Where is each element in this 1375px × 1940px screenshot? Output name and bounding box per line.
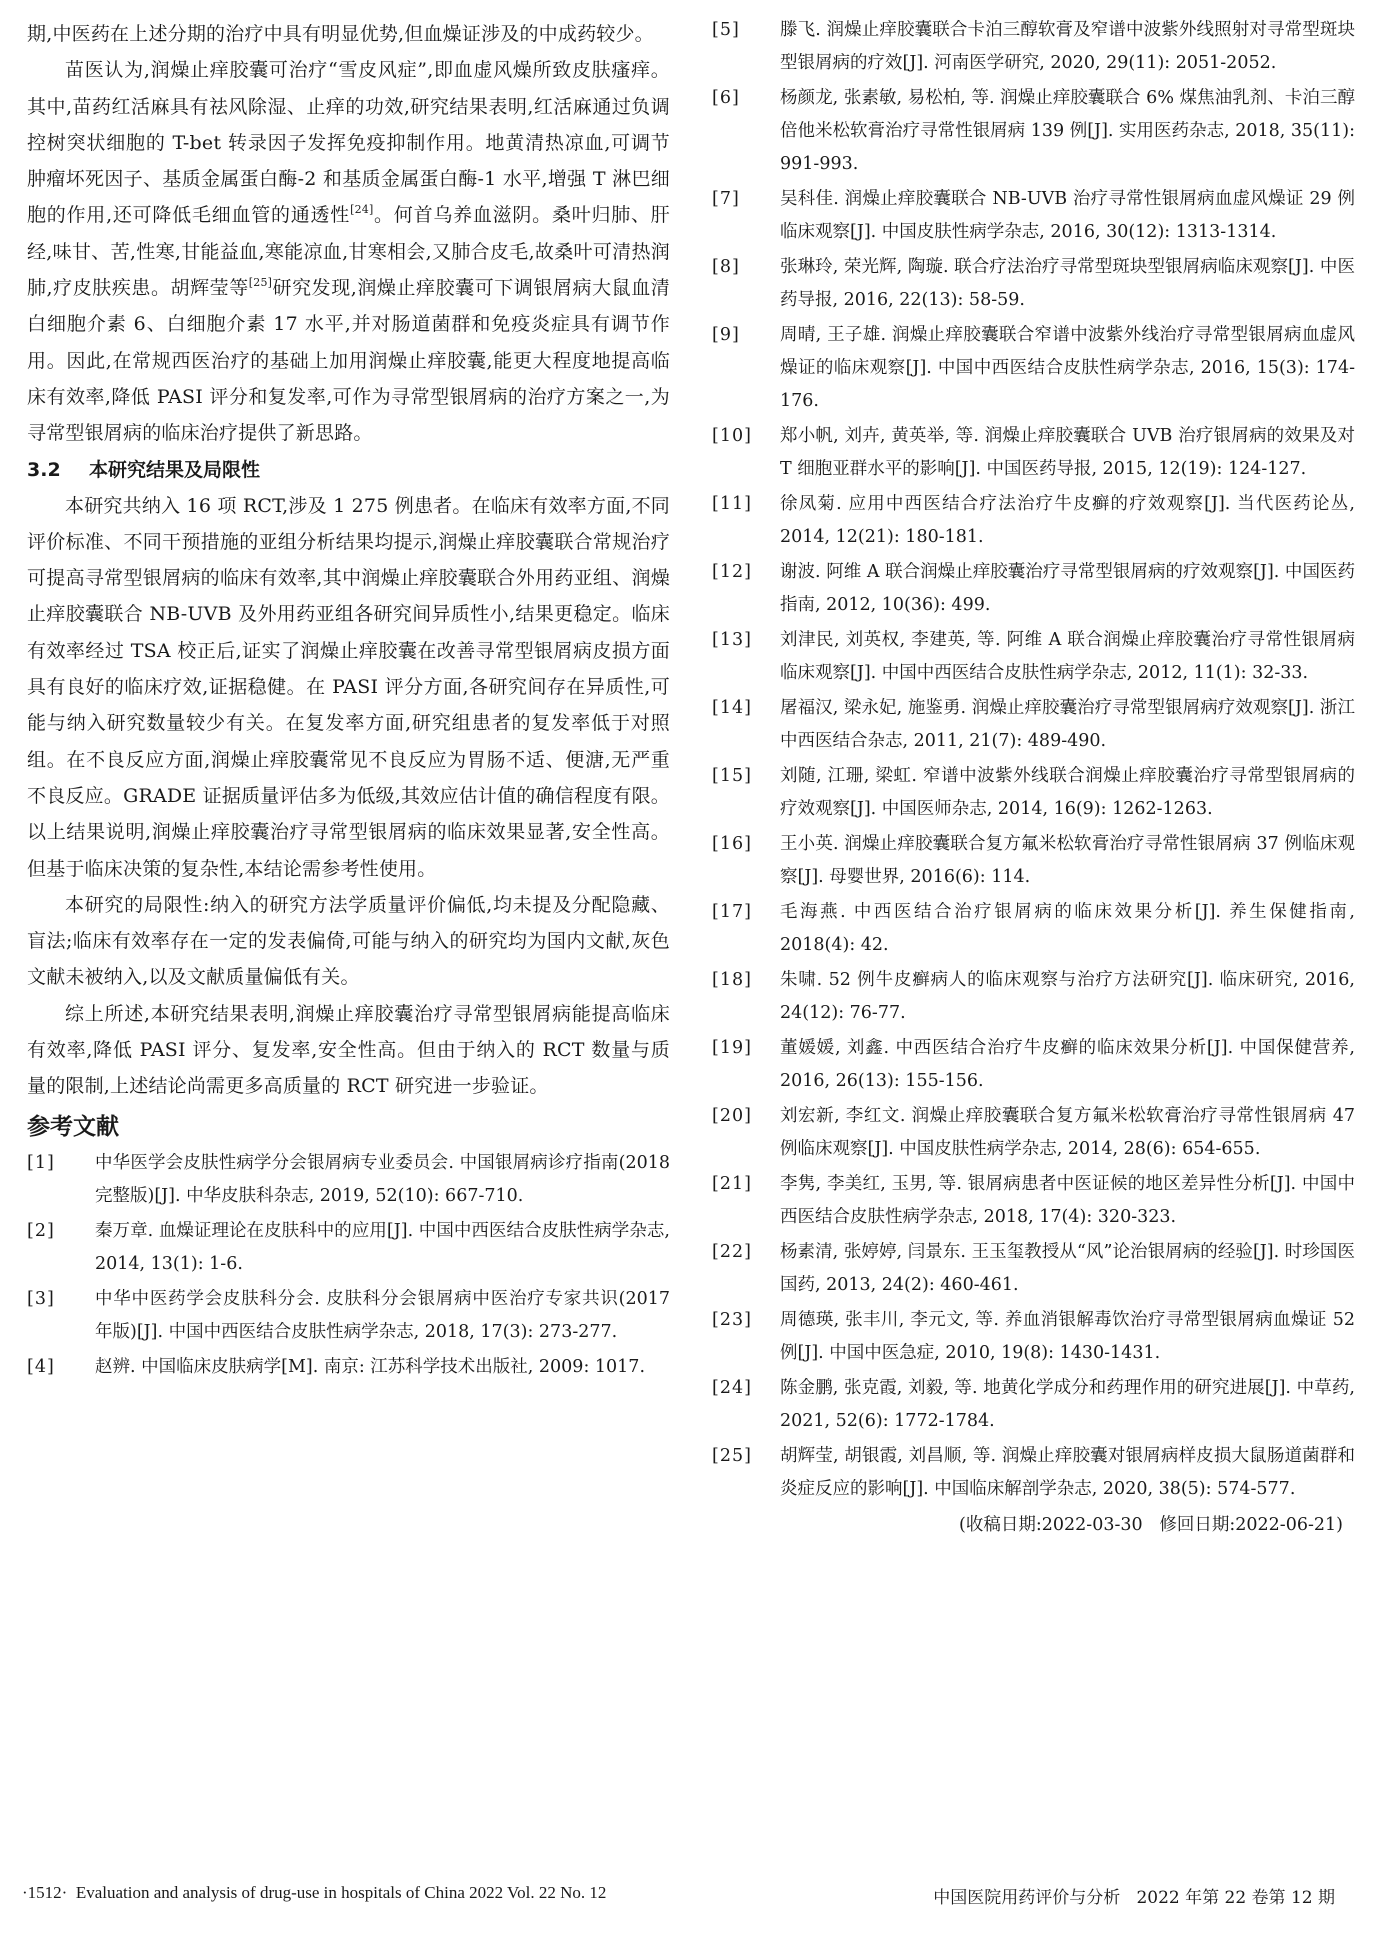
reference-item-18: [18]朱啸. 52 例牛皮癣病人的临床观察与治疗方法研究[J]. 临床研究, … — [712, 964, 1355, 1030]
reference-item-9: [9]周晴, 王子雄. 润燥止痒胶囊联合窄谱中波紫外线治疗寻常型银屑病血虚风燥证… — [712, 319, 1355, 418]
reference-item-12: [12]谢波. 阿维 A 联合润燥止痒胶囊治疗寻常型银屑病的疗效观察[J]. 中… — [712, 556, 1355, 622]
reference-item-11: [11]徐凤菊. 应用中西医结合疗法治疗牛皮癣的疗效观察[J]. 当代医药论丛,… — [712, 488, 1355, 554]
reference-item-20: [20]刘宏新, 李红文. 润燥止痒胶囊联合复方氟米松软膏治疗寻常性银屑病 47… — [712, 1100, 1355, 1166]
section-title: 本研究结果及局限性 — [89, 459, 260, 481]
reference-item-4: [4]赵辨. 中国临床皮肤病学[M]. 南京: 江苏科学技术出版社, 2009:… — [27, 1351, 670, 1384]
reference-item-15: [15]刘随, 江珊, 梁虹. 窄谱中波紫外线联合润燥止痒胶囊治疗寻常型银屑病的… — [712, 760, 1355, 826]
body-paragraph-results: 本研究共纳入 16 项 RCT,涉及 1 275 例患者。在临床有效率方面,不同… — [27, 488, 670, 887]
body-paragraph-limitations: 本研究的局限性:纳入的研究方法学质量评价偏低,均未提及分配隐藏、盲法;临床有效率… — [27, 887, 670, 996]
reference-item-17: [17]毛海燕. 中西医结合治疗银屑病的临床效果分析[J]. 养生保健指南, 2… — [712, 896, 1355, 962]
reference-item-16: [16]王小英. 润燥止痒胶囊联合复方氟米松软膏治疗寻常性银屑病 37 例临床观… — [712, 828, 1355, 894]
footer-page-info-english: ·1512· Evaluation and analysis of drug-u… — [22, 1883, 606, 1903]
reference-item-8: [8]张琳玲, 荣光辉, 陶璇. 联合疗法治疗寻常型斑块型银屑病临床观察[J].… — [712, 251, 1355, 317]
body-paragraph-miao-medicine: 苗医认为,润燥止痒胶囊可治疗“雪皮风症”,即血虚风燥所致皮肤瘙痒。其中,苗药红活… — [27, 52, 670, 451]
reference-item-25: [25]胡辉莹, 胡银霞, 刘昌顺, 等. 润燥止痒胶囊对银屑病样皮损大鼠肠道菌… — [712, 1440, 1355, 1506]
reference-item-19: [19]董媛媛, 刘鑫. 中西医结合治疗牛皮癣的临床效果分析[J]. 中国保健营… — [712, 1032, 1355, 1098]
reference-item-6: [6]杨颜龙, 张素敏, 易松柏, 等. 润燥止痒胶囊联合 6% 煤焦油乳剂、卡… — [712, 82, 1355, 181]
right-column: [5]滕飞. 润燥止痒胶囊联合卡泊三醇软膏及窄谱中波紫外线照射对寻常型斑块型银屑… — [712, 14, 1355, 1542]
reference-item-7: [7]吴科佳. 润燥止痒胶囊联合 NB-UVB 治疗寻常性银屑病血虚风燥证 29… — [712, 183, 1355, 249]
left-column: 期,中医药在上述分期的治疗中具有明显优势,但血燥证涉及的中成药较少。 苗医认为,… — [27, 16, 670, 1386]
references-heading: 参考文献 — [27, 1107, 670, 1147]
citation-25[interactable]: [25] — [249, 276, 272, 289]
reference-item-2: [2]秦万章. 血燥证理论在皮肤科中的应用[J]. 中国中西医结合皮肤性病学杂志… — [27, 1215, 670, 1281]
reference-item-1: [1]中华医学会皮肤性病学分会银屑病专业委员会. 中国银屑病诊疗指南(2018 … — [27, 1147, 670, 1213]
body-paragraph-conclusion: 综上所述,本研究结果表明,润燥止痒胶囊治疗寻常型银屑病能提高临床有效率,降低 P… — [27, 996, 670, 1105]
reference-item-14: [14]屠福汉, 梁永妃, 施鉴勇. 润燥止痒胶囊治疗寻常型银屑病疗效观察[J]… — [712, 692, 1355, 758]
revised-date: 修回日期:2022-06-21) — [1159, 1515, 1343, 1535]
reference-item-5: [5]滕飞. 润燥止痒胶囊联合卡泊三醇软膏及窄谱中波紫外线照射对寻常型斑块型银屑… — [712, 14, 1355, 80]
citation-24[interactable]: [24] — [350, 203, 373, 216]
reference-item-3: [3]中华中医药学会皮肤科分会. 皮肤科分会银屑病中医治疗专家共识(2017 年… — [27, 1283, 670, 1349]
footer-journal-info-chinese: 中国医院用药评价与分析 2022 年第 22 卷第 12 期 — [933, 1883, 1335, 1908]
reference-item-24: [24]陈金鹏, 张克霞, 刘毅, 等. 地黄化学成分和药理作用的研究进展[J]… — [712, 1372, 1355, 1438]
manuscript-dates: (收稿日期:2022-03-30 修回日期:2022-06-21) — [712, 1508, 1355, 1542]
reference-item-22: [22]杨素清, 张婷婷, 闫景东. 王玉玺教授从“风”论治银屑病的经验[J].… — [712, 1236, 1355, 1302]
section-number: 3.2 — [27, 452, 89, 488]
body-paragraph-continued: 期,中医药在上述分期的治疗中具有明显优势,但血燥证涉及的中成药较少。 — [27, 16, 670, 52]
reference-item-10: [10]郑小帆, 刘卉, 黄英举, 等. 润燥止痒胶囊联合 UVB 治疗银屑病的… — [712, 420, 1355, 486]
reference-item-21: [21]李隽, 李美红, 玉男, 等. 银屑病患者中医证候的地区差异性分析[J]… — [712, 1168, 1355, 1234]
reference-item-13: [13]刘津民, 刘英权, 李建英, 等. 阿维 A 联合润燥止痒胶囊治疗寻常性… — [712, 624, 1355, 690]
reference-item-23: [23]周德瑛, 张丰川, 李元文, 等. 养血消银解毒饮治疗寻常型银屑病血燥证… — [712, 1304, 1355, 1370]
section-heading-3-2: 3.2本研究结果及局限性 — [27, 452, 670, 488]
reference-list-left: [1]中华医学会皮肤性病学分会银屑病专业委员会. 中国银屑病诊疗指南(2018 … — [27, 1147, 670, 1384]
received-date: (收稿日期:2022-03-30 — [959, 1515, 1143, 1535]
reference-list-right: [5]滕飞. 润燥止痒胶囊联合卡泊三醇软膏及窄谱中波紫外线照射对寻常型斑块型银屑… — [712, 14, 1355, 1506]
